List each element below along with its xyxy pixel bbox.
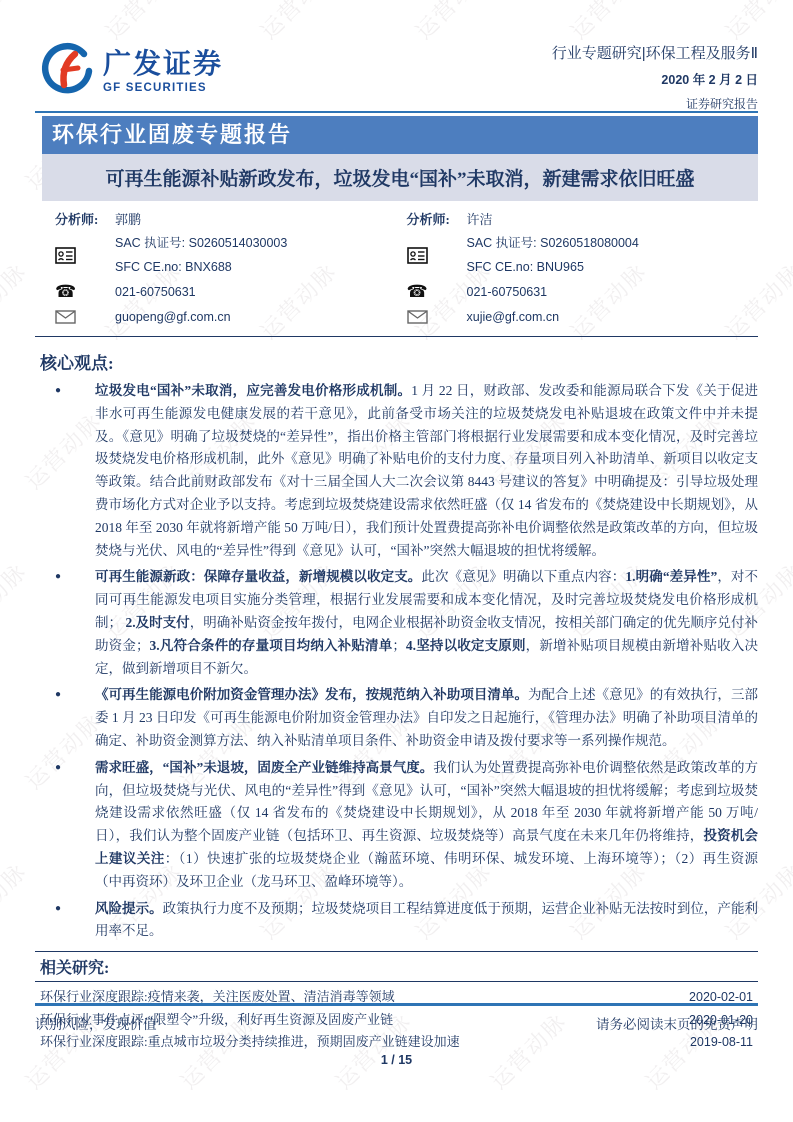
analyst-name: 许洁 — [467, 209, 493, 228]
report-page: 运营动脉运营动脉运营动脉运营动脉运营动脉运营动脉运营动脉运营动脉运营动脉运营动脉… — [0, 0, 793, 1122]
core-view-bullet-guobu: 垃圾发电“国补”未取消，应完善发电价格形成机制。1 月 22 日，财政部、发改委… — [40, 380, 758, 562]
email-icon — [407, 310, 467, 324]
related-research-row: 环保行业深度跟踪:重点城市垃圾分类持续推进，预期固废产业链建设加速 2019-0… — [35, 1031, 758, 1054]
header-divider — [35, 111, 758, 113]
core-view-bullet-new-policy: 可再生能源新政：保障存量收益，新增规模以收定支。此次《意见》明确以下重点内容：1… — [40, 566, 758, 680]
core-views-heading: 核心观点: — [40, 349, 793, 374]
report-type: 证券研究报告 — [552, 95, 758, 112]
analyst-label: 分析师: — [55, 209, 115, 228]
analyst-label: 分析师: — [407, 209, 467, 228]
analyst-email[interactable]: guopeng@gf.com.cn — [115, 305, 231, 329]
footer-slogan: 识别风险，发现价值 — [35, 1013, 157, 1033]
related-research-title[interactable]: 环保行业深度跟踪:重点城市垃圾分类持续推进，预期固废产业链建设加速 — [40, 1031, 460, 1054]
analyst-block: 分析师: 郭鹏 SAC 执证号: S0260514030003 SFC CE.n… — [55, 206, 758, 330]
analyst-sfc-number: SFC CE.no: BNX688 — [115, 255, 287, 279]
gf-securities-logo: 广发证券 GF SECURITIES — [40, 42, 223, 101]
analyst-card: 分析师: 许洁 SAC 执证号: S0260518080004 SFC CE.n… — [407, 206, 759, 330]
footer: 识别风险，发现价值 请务必阅读末页的免责声明 — [35, 1013, 758, 1033]
report-category: 行业专题研究|环保工程及服务Ⅱ — [552, 42, 758, 63]
analyst-name: 郭鹏 — [115, 209, 141, 228]
report-subtitle: 可再生能源补贴新政发布，垃圾发电“国补”未取消，新建需求依旧旺盛 — [42, 154, 758, 201]
core-view-bullet-demand: 需求旺盛，“国补”未退坡，固废全产业链维持高景气度。我们认为处置费提高弥补电价调… — [40, 757, 758, 894]
core-view-bullet-risk: 风险提示。政策执行力度不及预期；垃圾焚烧项目工程结算进度低于预期，运营企业补贴无… — [40, 898, 758, 944]
report-title-banner: 环保行业固废专题报告 — [42, 116, 758, 154]
logo-english-name: GF SECURITIES — [103, 82, 223, 94]
analyst-email[interactable]: xujie@gf.com.cn — [467, 305, 560, 329]
license-icon — [407, 247, 467, 264]
footer-disclaimer-note: 请务必阅读末页的免责声明 — [596, 1013, 758, 1033]
related-research-heading: 相关研究: — [35, 951, 758, 982]
core-views-list: 垃圾发电“国补”未取消，应完善发电价格形成机制。1 月 22 日，财政部、发改委… — [40, 380, 758, 943]
phone-icon: ☎ — [55, 282, 115, 302]
related-research-date: 2019-08-11 — [690, 1031, 753, 1054]
report-meta: 行业专题研究|环保工程及服务Ⅱ 2020 年 2 月 2 日 证券研究报告 — [552, 42, 758, 112]
phone-icon: ☎ — [407, 282, 467, 302]
analyst-card: 分析师: 郭鹏 SAC 执证号: S0260514030003 SFC CE.n… — [55, 206, 407, 330]
footer-divider — [35, 1003, 758, 1006]
logo-chinese-name: 广发证券 — [103, 49, 223, 78]
email-icon — [55, 310, 115, 324]
analyst-phone: 021-60750631 — [115, 280, 196, 304]
report-date: 2020 年 2 月 2 日 — [552, 70, 758, 88]
core-view-bullet-fund-measures: 《可再生能源电价附加资金管理办法》发布，按规范纳入补助项目清单。为配合上述《意见… — [40, 684, 758, 752]
header: 广发证券 GF SECURITIES 行业专题研究|环保工程及服务Ⅱ 2020 … — [40, 42, 758, 112]
gf-logo-icon — [40, 42, 94, 101]
analyst-divider — [35, 336, 758, 337]
analyst-sac-number: SAC 执证号: S0260518080004 — [467, 231, 639, 255]
analyst-sfc-number: SFC CE.no: BNU965 — [467, 255, 639, 279]
analyst-sac-number: SAC 执证号: S0260514030003 — [115, 231, 287, 255]
analyst-phone: 021-60750631 — [467, 280, 548, 304]
page-number: 1 / 15 — [0, 1053, 793, 1067]
license-icon — [55, 247, 115, 264]
